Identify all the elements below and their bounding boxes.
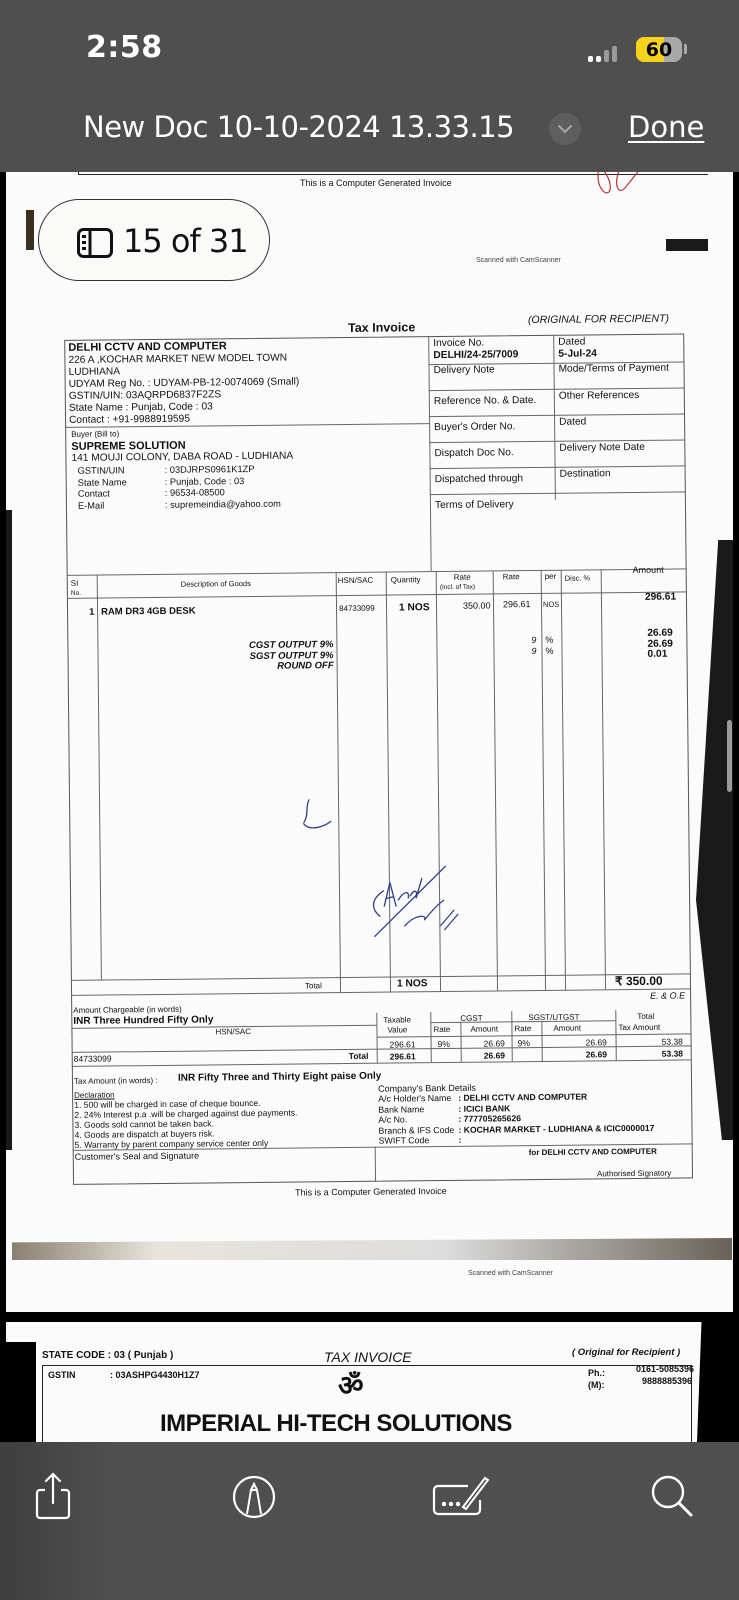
- hsn-total-label: Total: [349, 1050, 369, 1062]
- next-page: STATE CODE : 03 ( Punjab ) TAX INVOICE (…: [6, 1322, 733, 1442]
- tax-line-label: ROUND OFF: [277, 660, 334, 673]
- buyers-order-label: Buyer's Order No.: [434, 421, 515, 434]
- scan-edge-left: [6, 1342, 36, 1442]
- item-sl: 1: [89, 607, 94, 619]
- bottom-toolbar: [0, 1442, 739, 1600]
- col-rate-incl-sub: (Incl. of Tax): [440, 582, 475, 594]
- markup-icon: [228, 1470, 280, 1522]
- battery-icon: 60: [636, 37, 682, 62]
- dispatch-doc-label: Dispatch Doc No.: [434, 447, 513, 460]
- dispatched-through-label: Dispatched through: [435, 473, 523, 486]
- terms-delivery-label: Terms of Delivery: [435, 499, 514, 512]
- bank-field-value: : KOCHAR MARKET - LUDHIANA & ICIC0000017: [458, 1121, 654, 1135]
- col-sl-sub: No.: [71, 588, 81, 600]
- total-tax-sub-header: Tax Amount: [618, 1022, 660, 1034]
- top-navigation-bar: 2:58 60 New Doc 10-10-2024 13.33.15 Done: [0, 0, 739, 172]
- buyer-field-label: E-Mail: [78, 499, 104, 511]
- chevron-down-icon: [557, 122, 573, 136]
- document-viewer[interactable]: This is a Computer Generated Invoice Sca…: [0, 172, 739, 1442]
- scanner-note: Scanned with CamScanner: [468, 1270, 553, 1277]
- bank-field-label: SWIFT Code: [379, 1134, 430, 1147]
- mobile-value: 9888885396: [642, 1376, 692, 1386]
- form-fill-icon: [430, 1470, 494, 1522]
- col-hsn: HSN/SAC: [338, 575, 374, 587]
- markup-button[interactable]: [228, 1470, 280, 1522]
- title-menu-button[interactable]: [549, 113, 581, 145]
- col-rate: Rate: [503, 571, 520, 583]
- tax-line-amount: 0.01: [647, 649, 667, 661]
- buyer-field-label: Contact: [78, 487, 110, 499]
- handwritten-note: [303, 786, 465, 948]
- scan-edge: [26, 210, 34, 250]
- sgst-rate-header: Rate: [514, 1023, 531, 1035]
- phone-label: Ph.:: [588, 1368, 605, 1378]
- seller-address-2: LUDHIANA: [68, 366, 120, 379]
- invoice-copy-label: (ORIGINAL FOR RECIPIENT): [528, 313, 669, 326]
- search-button[interactable]: [646, 1470, 698, 1522]
- other-refs-label: Other References: [559, 390, 640, 403]
- hsn-sgst-amount: 26.69: [586, 1036, 607, 1048]
- tax-line-rate: 9: [531, 645, 536, 657]
- scan-edge: [666, 239, 708, 251]
- mobile-label: (M):: [588, 1380, 605, 1390]
- tax-line-unit: %: [545, 644, 553, 656]
- for-company: for DELHI CCTV AND COMPUTER: [529, 1146, 657, 1159]
- scan-edge-left: [6, 510, 12, 1150]
- buyer-field-value: : supremeindia@yahoo.com: [165, 497, 281, 510]
- battery-percent: 60: [636, 39, 682, 61]
- hsn-taxable: 296.61: [390, 1038, 416, 1050]
- sgst-amount-header: Amount: [553, 1023, 581, 1035]
- share-button[interactable]: [28, 1470, 80, 1522]
- bank-field-value: :: [459, 1134, 462, 1146]
- invoice-no-label: Invoice No.: [433, 338, 484, 351]
- item-description: RAM DR3 4GB DESK: [101, 606, 196, 619]
- om-symbol: ॐ: [338, 1366, 364, 1404]
- item-amount: 296.61: [645, 592, 676, 604]
- seller-address-1: 226 A ,KOCHAR MARKET NEW MODEL TOWN: [68, 353, 287, 367]
- total-amount: ₹ 350.00: [615, 975, 663, 987]
- total-quantity: 1 NOS: [397, 978, 428, 990]
- delivery-note-date-label: Delivery Note Date: [559, 442, 645, 455]
- dated2-label: Dated: [559, 416, 586, 428]
- col-description: Description of Goods: [181, 578, 251, 591]
- phone-value: 0161-5085396: [636, 1364, 694, 1374]
- hsn-total-cgst: 26.69: [484, 1049, 505, 1061]
- item-rate-incl: 350.00: [463, 599, 491, 611]
- item-per: NOS: [543, 599, 559, 611]
- hsn-code: 84733099: [74, 1052, 112, 1064]
- next-copy-label: ( Original for Recipient ): [572, 1347, 680, 1358]
- form-fill-button[interactable]: [430, 1470, 494, 1522]
- hsn-cgst-amount: 26.69: [484, 1037, 505, 1049]
- share-icon: [28, 1470, 80, 1522]
- next-gstin-value: : 03ASHPG4430H1Z7: [110, 1370, 200, 1380]
- item-quantity: 1 NOS: [399, 602, 430, 614]
- state-code: STATE CODE : 03 ( Punjab ): [42, 1350, 173, 1361]
- mode-terms-label: Mode/Terms of Payment: [558, 363, 669, 376]
- cgst-amount-header: Amount: [470, 1023, 498, 1035]
- current-page: Tax Invoice (ORIGINAL FOR RECIPIENT) DEL…: [6, 280, 733, 1312]
- search-icon: [646, 1470, 698, 1522]
- seller-state: State Name : Punjab, Code : 03: [69, 401, 213, 415]
- item-hsn: 84733099: [339, 603, 375, 615]
- hsn-sgst-rate: 9%: [518, 1037, 530, 1049]
- reference-label: Reference No. & Date.: [434, 395, 537, 408]
- hsn-total-taxable: 296.61: [390, 1050, 416, 1062]
- buyer-field-label: State Name: [78, 476, 127, 489]
- col-disc: Disc. %: [565, 572, 591, 584]
- col-per: per: [545, 571, 557, 583]
- cellular-signal-icon: [588, 40, 624, 62]
- next-company-name: IMPERIAL HI-TECH SOLUTIONS: [160, 1410, 512, 1438]
- taxable-sub-header: Value: [387, 1024, 407, 1036]
- page-indicator[interactable]: 15 of 31: [38, 199, 270, 281]
- seller-name: DELHI CCTV AND COMPUTER: [68, 340, 227, 354]
- hsn-total-tax: 53.38: [662, 1047, 683, 1059]
- total-label: Total: [305, 980, 322, 992]
- delivery-note-label: Delivery Note: [433, 364, 494, 377]
- scrollbar[interactable]: [727, 720, 732, 792]
- col-amount: Amount: [633, 564, 664, 576]
- done-button[interactable]: Done: [628, 110, 704, 144]
- footer-note: This is a Computer Generated Invoice: [295, 1186, 447, 1198]
- hsn-header: HSN/SAC: [215, 1026, 251, 1038]
- page-indicator-label: 15 of 31: [123, 222, 248, 260]
- invoice-no: DELHI/24-25/7009: [433, 349, 518, 362]
- scan-edge-right: [688, 1322, 733, 1442]
- col-quantity: Quantity: [391, 574, 421, 586]
- hsn-cgst-rate: 9%: [438, 1038, 450, 1050]
- customer-seal-label: Customer's Seal and Signature: [75, 1150, 199, 1163]
- document-title[interactable]: New Doc 10-10-2024 13.33.15: [83, 110, 514, 144]
- dated-label: Dated: [558, 336, 585, 348]
- cgst-rate-header: Rate: [433, 1024, 450, 1036]
- hsn-total-tax: 53.38: [662, 1035, 683, 1047]
- next-invoice-title: TAX INVOICE: [324, 1349, 412, 1365]
- hsn-total-sgst: 26.69: [586, 1048, 607, 1060]
- buyer-section-label: Buyer (Bill to): [71, 428, 119, 441]
- authorised-signatory: Authorised Signatory: [597, 1168, 671, 1181]
- buyer-field-value: : Punjab, Code : 03: [165, 475, 245, 488]
- tax-words-label: Tax Amount (in words) :: [74, 1075, 158, 1088]
- scan-edge-right: [696, 540, 733, 1140]
- scanner-note: Scanned with CamScanner: [476, 257, 561, 264]
- eoe-label: E. & O.E: [650, 989, 685, 1001]
- tax-words: INR Fifty Three and Thirty Eight paise O…: [178, 1071, 381, 1085]
- sidebar-icon: [77, 228, 113, 258]
- tax-invoice: Tax Invoice (ORIGINAL FOR RECIPIENT) DEL…: [58, 313, 686, 320]
- footer-note: This is a Computer Generated Invoice: [300, 178, 452, 188]
- battery-cap: [684, 44, 687, 54]
- invoice-date: 5-Jul-24: [558, 348, 597, 360]
- status-time: 2:58: [86, 30, 163, 65]
- next-gstin-label: GSTIN: [48, 1370, 76, 1380]
- invoice-title: Tax Invoice: [348, 320, 415, 335]
- scan-edge-bottom: [12, 1238, 732, 1260]
- item-rate: 296.61: [503, 598, 531, 610]
- signature-mark: [591, 172, 671, 206]
- destination-label: Destination: [560, 468, 611, 481]
